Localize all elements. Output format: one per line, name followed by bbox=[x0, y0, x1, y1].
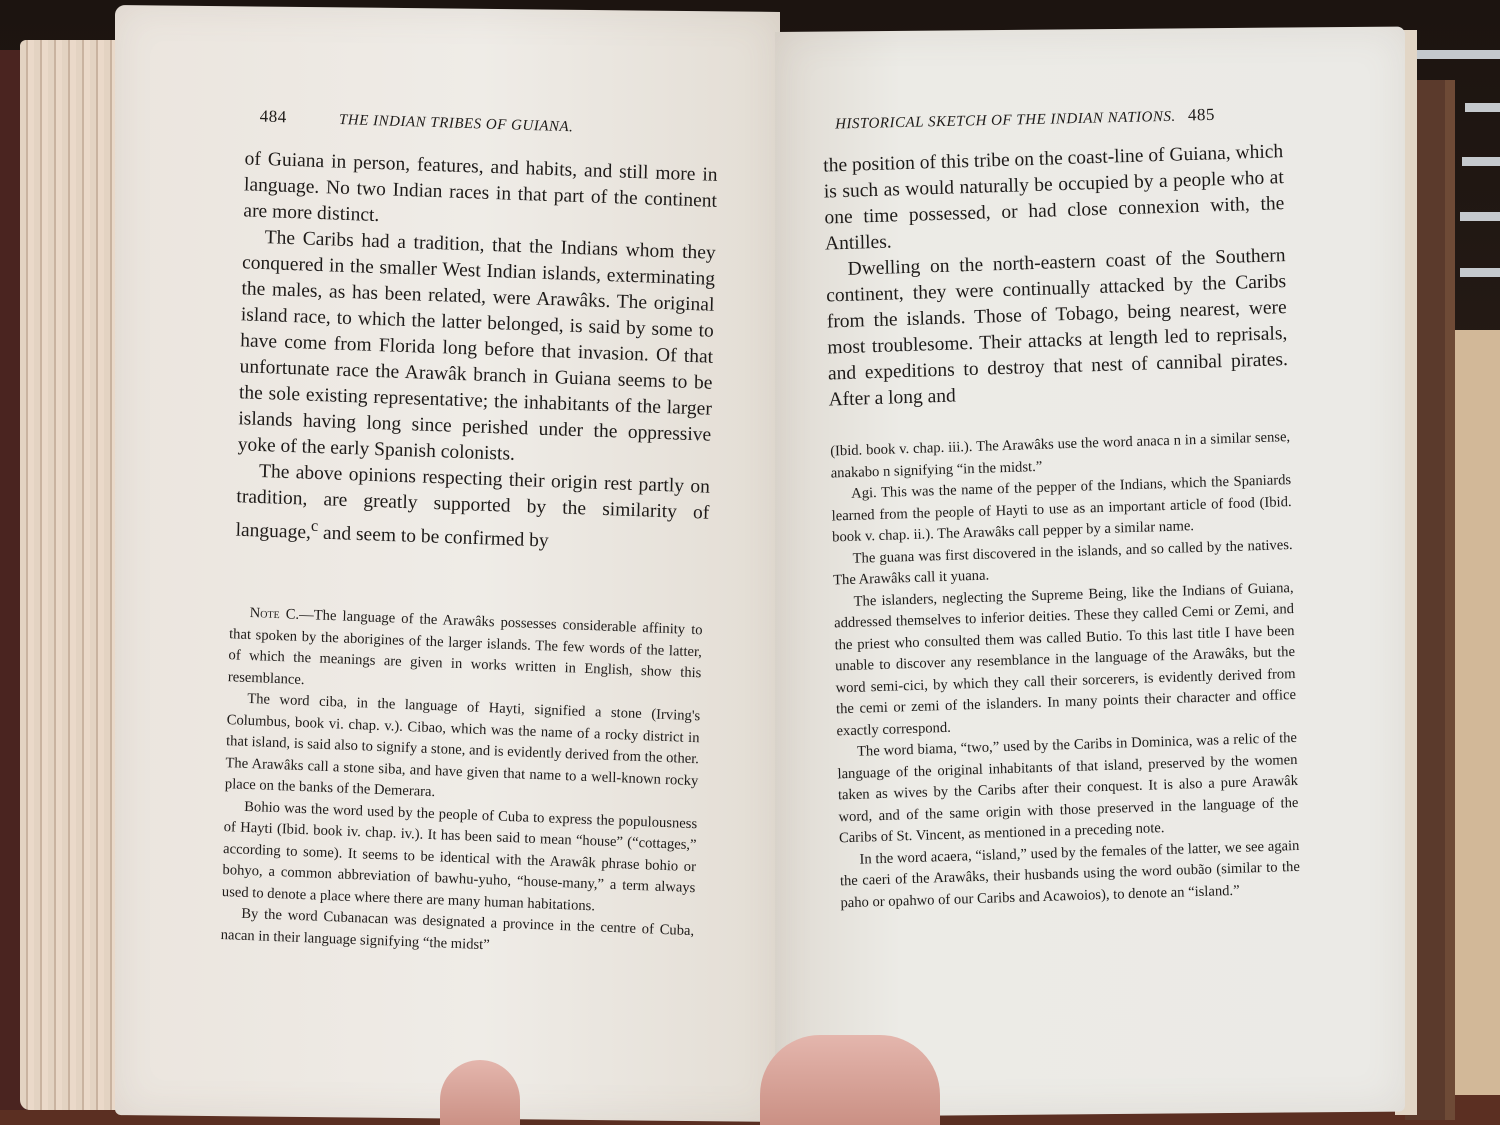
running-title-right: HISTORICAL SKETCH OF THE INDIAN NATIONS. bbox=[835, 109, 1176, 133]
left-footnotes: Note C.—The language of the Arawâks poss… bbox=[220, 602, 702, 964]
paragraph: The Caribs had a tradition, that the Ind… bbox=[237, 224, 716, 474]
window-blind bbox=[1460, 212, 1500, 221]
paragraph: The above opinions respecting their orig… bbox=[235, 458, 710, 560]
paragraph-text: and seem to be confirmed by bbox=[318, 523, 549, 552]
window-blind bbox=[1460, 268, 1500, 277]
window-blind bbox=[1465, 103, 1500, 112]
right-running-head: HISTORICAL SKETCH OF THE INDIAN NATIONS.… bbox=[835, 103, 1295, 133]
footnote-paragraph: The word ciba, in the language of Hayti,… bbox=[225, 688, 701, 814]
right-body-text: the position of this tribe on the coast-… bbox=[823, 139, 1289, 413]
page-edges-left bbox=[20, 40, 130, 1110]
left-body-text: of Guiana in person, features, and habit… bbox=[235, 146, 718, 560]
window-blind bbox=[1462, 157, 1500, 166]
right-page: HISTORICAL SKETCH OF THE INDIAN NATIONS.… bbox=[775, 27, 1405, 1117]
running-title-left: THE INDIAN TRIBES OF GUIANA. bbox=[339, 112, 574, 135]
footnote-paragraph: The word biama, “two,” used by the Carib… bbox=[837, 728, 1299, 850]
right-footnotes: (Ibid. book v. chap. iii.). The Arawâks … bbox=[830, 427, 1301, 914]
note-label: Note C. bbox=[249, 605, 299, 623]
footnote-paragraph: The islanders, neglecting the Supreme Be… bbox=[833, 578, 1296, 743]
page-number-left: 484 bbox=[260, 107, 287, 127]
left-running-head: 484 THE INDIAN TRIBES OF GUIANA. bbox=[260, 107, 660, 140]
footnote-paragraph: In the word acaera, “island,” used by th… bbox=[839, 835, 1300, 914]
paragraph: the position of this tribe on the coast-… bbox=[823, 139, 1285, 257]
thumb-right bbox=[760, 1035, 940, 1125]
footnote-paragraph: Bohio was the word used by the people of… bbox=[222, 796, 698, 922]
paragraph: Dwelling on the north-eastern coast of t… bbox=[825, 243, 1288, 413]
note-text: —The language of the Arawâks possesses c… bbox=[228, 607, 703, 688]
window-blind bbox=[1415, 50, 1500, 59]
page-number-right: 485 bbox=[1188, 105, 1215, 125]
left-page: 484 THE INDIAN TRIBES OF GUIANA. of Guia… bbox=[115, 5, 780, 1122]
